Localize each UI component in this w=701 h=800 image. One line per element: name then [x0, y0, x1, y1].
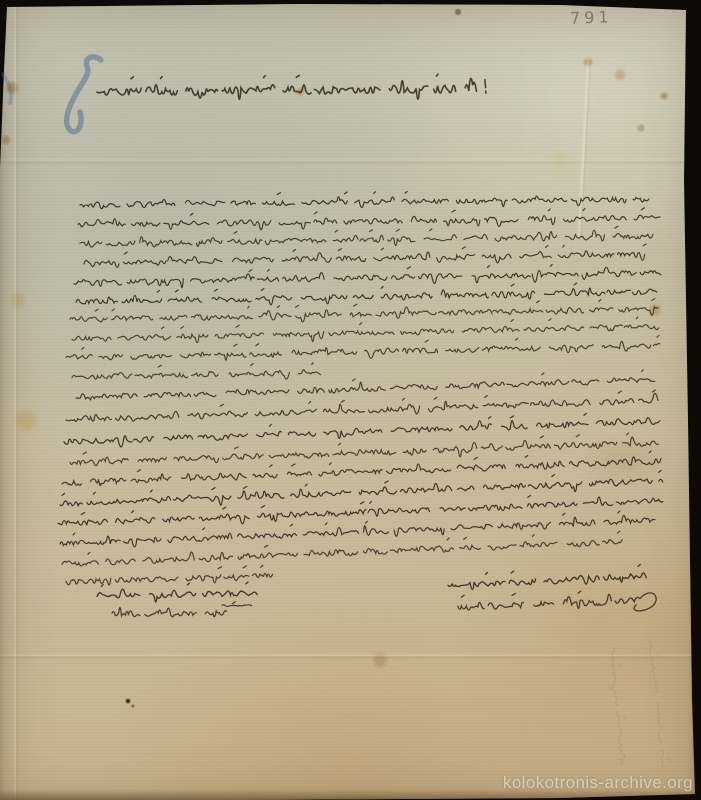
signature-block — [430, 572, 666, 620]
dateline — [92, 586, 268, 606]
salutation-line — [90, 72, 490, 108]
letter-body-paragraph-1 — [60, 185, 666, 390]
place-line — [105, 606, 231, 624]
letter-body-paragraph-2 — [52, 388, 668, 588]
letter-scan: 791 kolokotronis-archive.org — [0, 0, 701, 800]
archive-watermark: kolokotronis-archive.org — [503, 773, 693, 793]
folio-number: 791 — [570, 7, 613, 27]
